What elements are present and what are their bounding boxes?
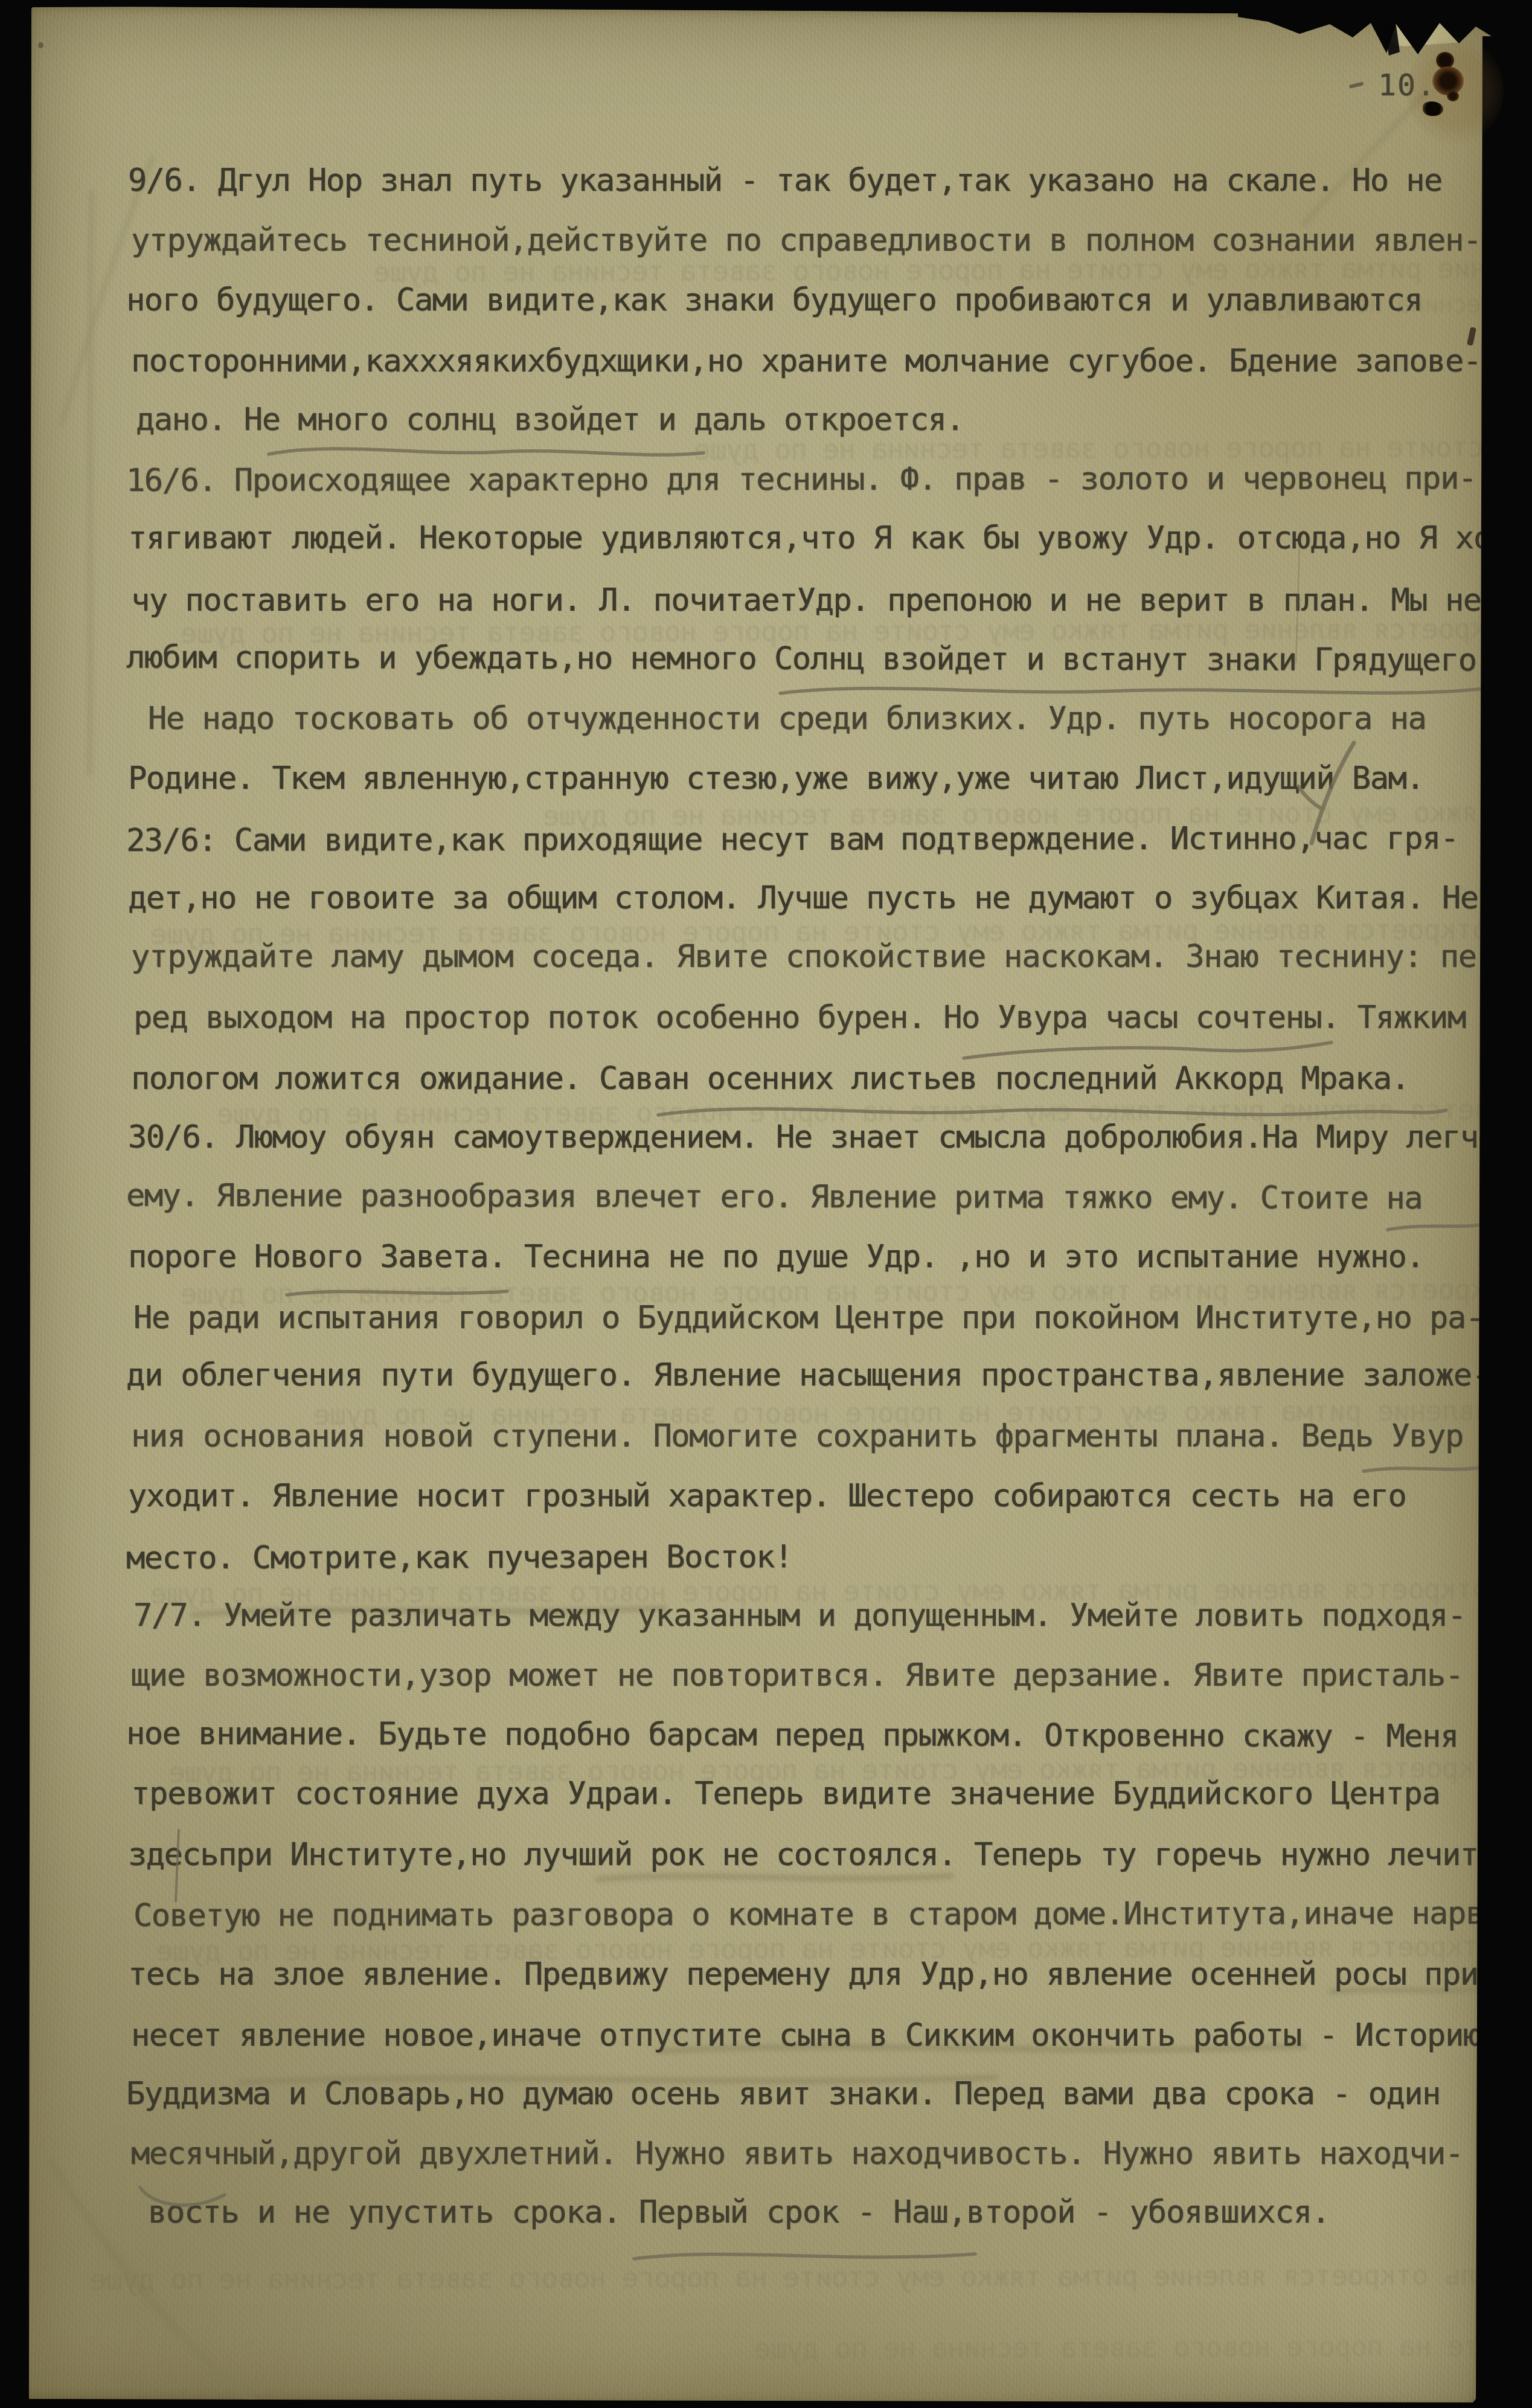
typewritten-line: утруждайте ламу дымом соседа. Явите спок… — [131, 927, 1502, 987]
typewritten-line: Советую не поднимать разговора о комнате… — [133, 1884, 1504, 1946]
scanned-document: дано не много солнц взойдет и даль откро… — [0, 0, 1532, 2408]
typewritten-line: любим спорить и убеждать,но немного Солн… — [126, 628, 1497, 691]
typewritten-line: чу поставить его на ноги. Л. почитаетУдр… — [131, 571, 1502, 631]
typewritten-line: здесьпри Институте,но лучший рок не сост… — [128, 1825, 1499, 1885]
ink-dot — [38, 42, 43, 48]
typewritten-line: ного будущего. Сами видите,как знаки буд… — [126, 271, 1497, 330]
typewritten-line: утруждайтесь тесниной,действуйте по спра… — [131, 211, 1502, 271]
typewritten-line: 9/6. Дгул Нор знал путь указанный - так … — [128, 151, 1499, 211]
bleedthrough-text: дано не много солнц взойдет и даль откро… — [755, 2326, 1532, 2365]
typewritten-line: Родине. Ткем явленную,странную стезю,уже… — [128, 749, 1499, 809]
typewritten-line: 7/7. Умейте различать между указанным и … — [133, 1586, 1504, 1646]
typewritten-line: дет,но не говоите за общим столом. Лучше… — [128, 868, 1499, 928]
typewritten-line: 30/6. Люмоу обуян самоутверждением. Не з… — [128, 1108, 1499, 1167]
typewritten-line: уходит. Явление носит грозный характер. … — [128, 1466, 1499, 1526]
bleedthrough-text: дано не много солнц взойдет и даль откро… — [91, 2257, 1532, 2296]
typewritten-line: пологом ложится ожидание. Саван осенних … — [131, 1049, 1502, 1109]
burn-hole — [1432, 66, 1464, 95]
text-block: 9/6. Дгул Нор знал путь указанный - так … — [128, 151, 1499, 2244]
typewritten-line: ди облегчения пути будущего. Явление нас… — [126, 1346, 1497, 1405]
typewritten-line: посторонними,кахххяякихбудхщики,но храни… — [131, 332, 1502, 391]
typewritten-line: несет явление новое,иначе отпустите сына… — [131, 2006, 1502, 2066]
typewritten-line: Не ради испытания говорил о Буддийском Ц… — [133, 1288, 1504, 1348]
typewritten-line: Не надо тосковать об отчужденности среди… — [148, 689, 1504, 749]
burn-speck — [1447, 91, 1459, 101]
typewritten-line: Буддизма и Словарь,но думаю осень явит з… — [126, 2064, 1497, 2124]
typewritten-line: тесь на злое явление. Предвижу перемену … — [128, 1945, 1499, 2005]
typewritten-line: 16/6. Происходящее характерно для теснин… — [126, 449, 1497, 511]
typewritten-line: тревожит состояние духа Удраи. Теперь ви… — [131, 1764, 1502, 1824]
typewritten-line: ния основания новой ступени. Помогите со… — [131, 1407, 1502, 1466]
typewritten-line: ное внимание. Будьте подобно барсам пере… — [126, 1704, 1497, 1767]
typewritten-line: дано. Не много солнц взойдет и даль откр… — [136, 390, 1504, 450]
typewritten-line: пороге Нового Завета. Теснина не по душе… — [128, 1227, 1499, 1287]
typewritten-line: месячный,другой двухлетний. Нужно явить … — [131, 2124, 1502, 2184]
typewritten-line: ему. Явление разнообразия влечет его. Яв… — [126, 1166, 1497, 1229]
typewritten-line: ред выходом на простор поток особенно бу… — [133, 988, 1504, 1048]
typewritten-line: вость и не упустить срока. Первый срок -… — [148, 2183, 1504, 2243]
typewritten-line: 23/6: Сами видите,как приходящие несут в… — [126, 809, 1497, 871]
burn-hole — [1423, 101, 1443, 116]
typewritten-line: тягивают людей. Некоторые удивляются,что… — [128, 509, 1499, 568]
typewritten-line: щие возможности,узор может не повторитвс… — [131, 1646, 1502, 1706]
typewritten-line: место. Смотрите,как пучезарен Восток! — [126, 1526, 1497, 1588]
